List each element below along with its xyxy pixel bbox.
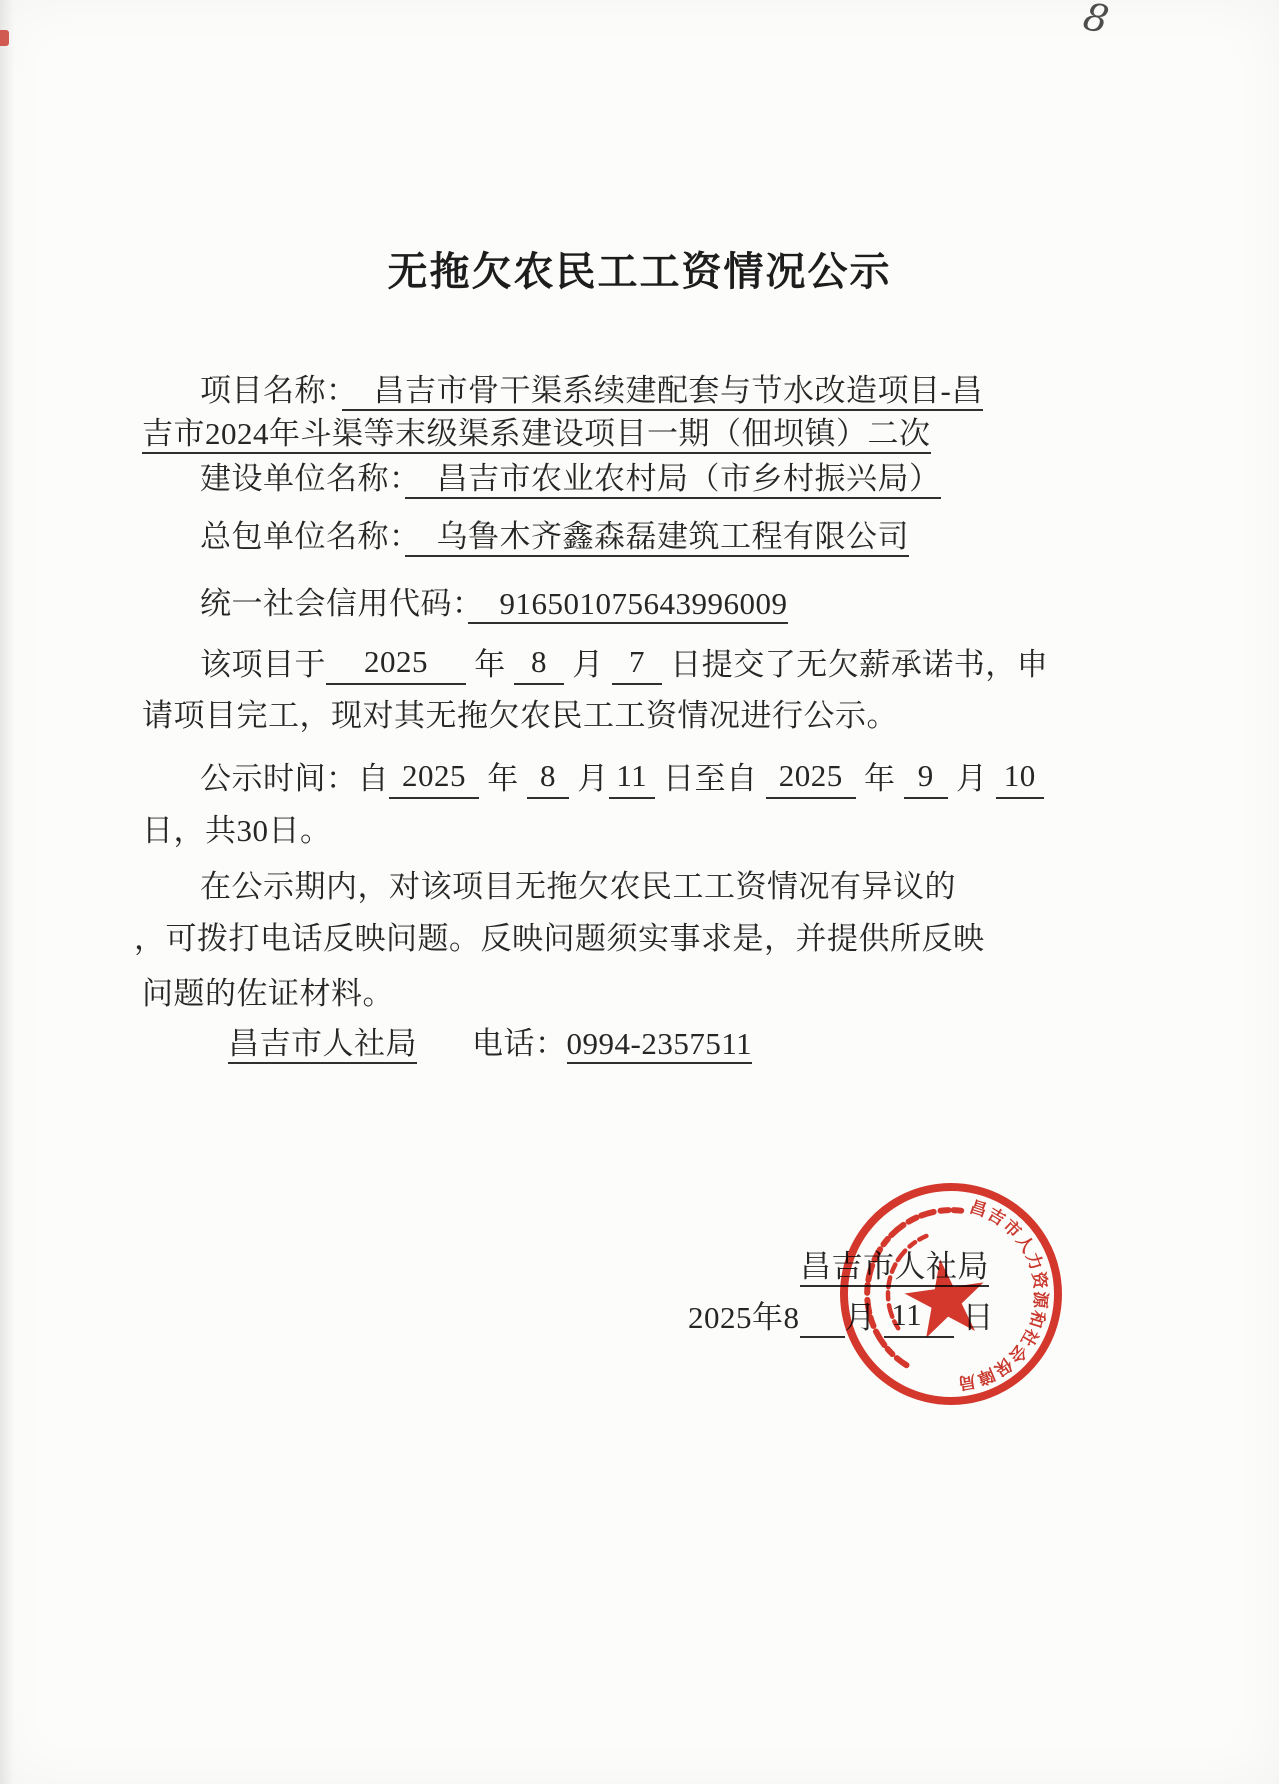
general-contractor-line: 总包单位名称： 乌鲁木齐鑫森磊建筑工程有限公司 bbox=[200, 518, 909, 557]
notice-title: 无拖欠农民工工资情况公示 bbox=[0, 240, 1279, 297]
submission-line2: 请项目完工，现对其无拖欠农民工工资情况进行公示。 bbox=[142, 697, 898, 736]
project-name-line1: 项目名称： 昌吉市骨干渠系续建配套与节水改造项目-昌 bbox=[200, 372, 983, 411]
objection-line2: ，可拨打电话反映问题。反映问题须实事求是，并提供所反映 bbox=[134, 920, 985, 959]
text-segment: 项目名称： bbox=[200, 373, 342, 408]
uyghur-script-arc-inner bbox=[880, 1236, 938, 1329]
objection-line1: 在公示期内，对该项目无拖欠农民工工资情况有异议的 bbox=[200, 868, 956, 907]
project-name-line2: 吉市2024年斗渠等末级渠系建设项目一期（佃坝镇）二次 bbox=[142, 415, 931, 454]
text-segment: 请项目完工，现对其无拖欠农民工工资情况进行公示。 bbox=[142, 698, 898, 733]
credit-code-line: 统一社会信用代码： 916501075643996009 bbox=[200, 585, 788, 624]
text-segment: 日，共30日。 bbox=[142, 813, 332, 848]
scanned-notice-page: 8 无拖欠农民工工资情况公示 项目名称： 昌吉市骨干渠系续建配套与节水改造项目-… bbox=[0, 0, 1279, 1784]
underlined-text: 7 bbox=[612, 643, 662, 685]
text-segment: 总包单位名称： bbox=[200, 519, 405, 554]
text-segment: ，可拨打电话反映问题。反映问题须实事求是，并提供所反映 bbox=[134, 921, 985, 956]
publicity-period-line1: 公示时间：自2025 年 8 月11 日至自 2025 年 9 月 10 bbox=[200, 757, 1044, 799]
text-segment: 日至自 bbox=[655, 761, 766, 796]
text-segment: 建设单位名称： bbox=[200, 461, 405, 496]
underlined-text: 11 bbox=[609, 757, 655, 799]
objection-line3: 问题的佐证材料。 bbox=[142, 975, 394, 1014]
text-segment: 月 bbox=[564, 647, 612, 682]
underlined-text bbox=[800, 1335, 845, 1338]
text-segment: 月 bbox=[569, 761, 609, 796]
underlined-text: 昌吉市农业农村局（市乡村振兴局） bbox=[405, 461, 941, 499]
scan-artifact-red-mark bbox=[0, 30, 9, 46]
underlined-text: 2025 bbox=[389, 757, 479, 799]
text-segment: 月 bbox=[948, 761, 996, 796]
text-segment: 2025年8 bbox=[688, 1300, 800, 1335]
text-segment: 日提交了无欠薪承诺书，申 bbox=[662, 647, 1048, 682]
underlined-text: 0994-2357511 bbox=[567, 1026, 753, 1064]
underlined-text: 2025 bbox=[326, 643, 466, 685]
underlined-text: 916501075643996009 bbox=[468, 586, 788, 624]
underlined-text: 9 bbox=[904, 757, 948, 799]
underlined-text: 8 bbox=[514, 643, 564, 685]
text-segment: 年 bbox=[479, 761, 527, 796]
text-segment: 电话： bbox=[472, 1026, 567, 1061]
official-seal: 昌吉市人力资源和社会保障局 bbox=[820, 1163, 1082, 1425]
contact-line: 昌吉市人社局电话：0994-2357511 bbox=[228, 1025, 752, 1065]
underlined-text: 昌吉市人社局 bbox=[228, 1026, 417, 1064]
underlined-text: 8 bbox=[527, 757, 569, 799]
text-segment: 统一社会信用代码： bbox=[200, 586, 468, 621]
text-segment: 在公示期内，对该项目无拖欠农民工工资情况有异议的 bbox=[200, 869, 956, 904]
underlined-text: 2025 bbox=[766, 757, 856, 799]
text-segment: 问题的佐证材料。 bbox=[142, 976, 394, 1011]
underlined-text: 10 bbox=[996, 757, 1044, 799]
underlined-text: 乌鲁木齐鑫森磊建筑工程有限公司 bbox=[405, 519, 909, 557]
publicity-period-line2: 日，共30日。 bbox=[142, 812, 332, 851]
seal-star bbox=[901, 1254, 991, 1340]
underlined-text: 昌吉市骨干渠系续建配套与节水改造项目-昌 bbox=[342, 373, 983, 411]
text-segment: 该项目于 bbox=[200, 647, 326, 682]
underlined-text: 吉市2024年斗渠等末级渠系建设项目一期（佃坝镇）二次 bbox=[142, 416, 931, 454]
text-segment: 公示时间：自 bbox=[200, 761, 389, 796]
construction-unit-line: 建设单位名称： 昌吉市农业农村局（市乡村振兴局） bbox=[200, 460, 941, 499]
text-segment: 年 bbox=[856, 761, 904, 796]
handwritten-page-number: 8 bbox=[1080, 0, 1113, 42]
text-segment: 年 bbox=[466, 647, 514, 682]
submission-line1: 该项目于2025 年 8 月 7 日提交了无欠薪承诺书，申 bbox=[200, 643, 1048, 685]
